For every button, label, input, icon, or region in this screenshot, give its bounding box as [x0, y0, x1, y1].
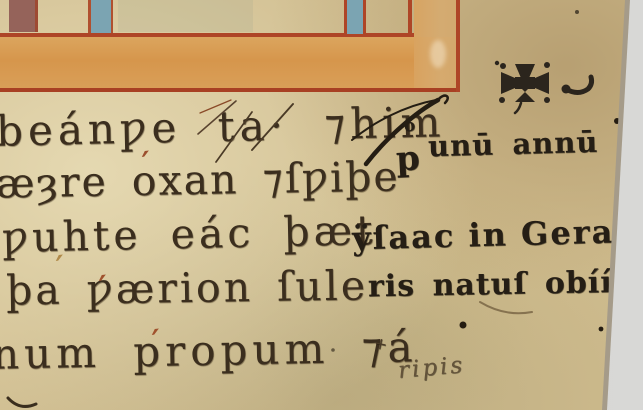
caret-mark: ´	[137, 159, 154, 173]
frame-inner-wash	[118, 0, 253, 32]
margin-note-line-2: ÿſaac in Gera	[352, 216, 615, 255]
text-line-2: æȝre oxan ⁊ſƿiþe	[0, 156, 400, 204]
manuscript-photo: beánƿe ta· ⁊him æȝre oxan ⁊ſƿiþe ƿuhte e…	[0, 0, 643, 410]
caret-mark: ´	[51, 263, 68, 277]
frame-column-blue-right	[344, 0, 366, 34]
text-line-5: num propum ⁊á	[0, 326, 418, 375]
margin-note-line-1: unū annū	[428, 128, 599, 161]
frame-rule-inner-vertical	[408, 0, 412, 37]
frame-column-maroon	[9, 0, 38, 32]
frame-column-blue-left	[88, 0, 113, 33]
margin-abbrev-superscript-o: o	[404, 118, 416, 136]
comma-flourish-icon	[562, 77, 592, 94]
margin-abbrev-p: p	[395, 141, 421, 176]
frame-rule-bottom	[0, 88, 460, 92]
maltese-cross-icon	[495, 61, 550, 113]
text-line-1: beánƿe ta· ⁊him	[0, 101, 446, 152]
margin-note-ripis: ripis	[397, 354, 466, 383]
margin-note-line-3: ris natuſ obíít·	[368, 268, 639, 303]
caret-mark: ´	[94, 283, 111, 297]
caret-mark: ´	[147, 337, 164, 351]
frame-band-horizontal	[0, 37, 459, 89]
parchment-smudge	[430, 40, 446, 68]
frame-rule-outer-vertical	[456, 0, 460, 92]
